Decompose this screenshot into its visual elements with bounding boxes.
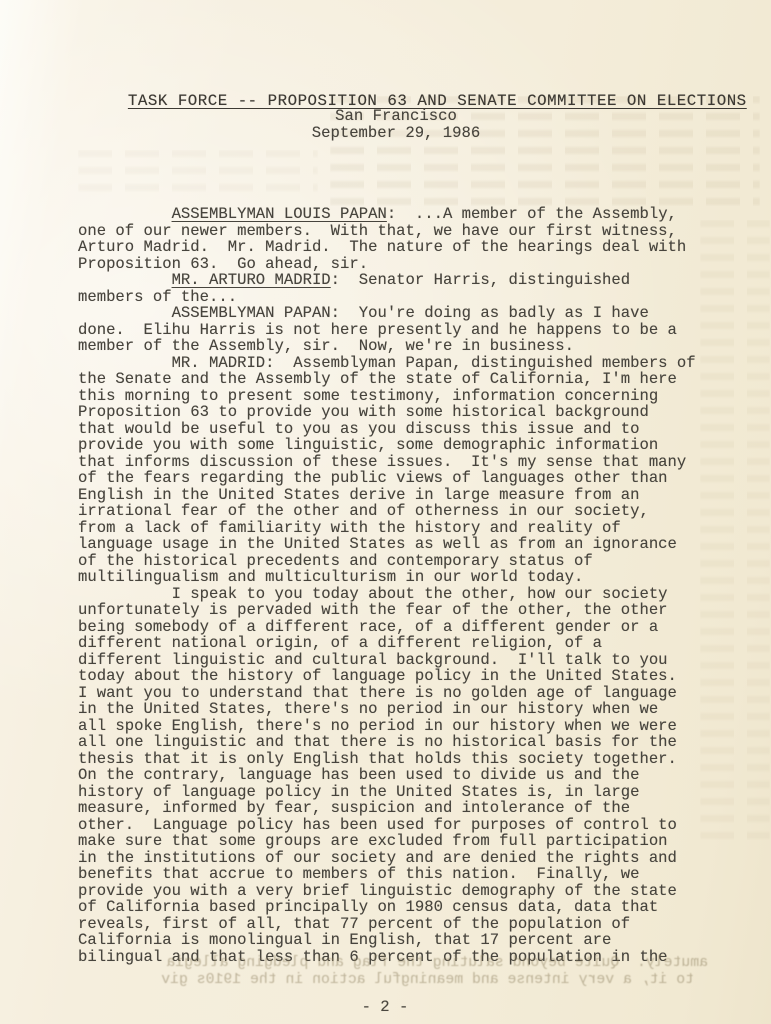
text-line: that informs discussion of these issues.…: [78, 454, 718, 471]
text-line: unfortunately is pervaded with the fear …: [78, 602, 718, 619]
text-line: benefits that accrue to members of this …: [78, 866, 718, 883]
text-line: multilingualism and multiculturism in ou…: [78, 569, 718, 586]
text-line: Arturo Madrid. Mr. Madrid. The nature of…: [78, 239, 718, 256]
speaker-name: ASSEMBLYMAN LOUIS PAPAN: [172, 205, 387, 223]
text-line: I want you to understand that there is n…: [78, 685, 718, 702]
text-line: irrational fear of the other and of othe…: [78, 503, 718, 520]
page-number: - 2 -: [78, 999, 692, 1016]
text-line: different national origin, of a differen…: [78, 635, 718, 652]
speaker-name: ASSEMBLYMAN PAPAN: [172, 304, 331, 322]
document-meta: San Francisco September 29, 1986: [88, 108, 704, 141]
text-line: history of language policy in the United…: [78, 784, 718, 801]
speaker-name: MR. ARTURO MADRID: [172, 271, 331, 289]
text-line: done. Elihu Harris is not here presently…: [78, 322, 718, 339]
text-line: I speak to you today about the other, ho…: [78, 586, 718, 603]
text-line: English in the United States derive in l…: [78, 487, 718, 504]
text-line: thesis that it is only English that hold…: [78, 751, 718, 768]
text-line: in the institutions of our society and a…: [78, 850, 718, 867]
text-line: members of the...: [78, 289, 718, 306]
text-line: Proposition 63. Go ahead, sir.: [78, 256, 718, 273]
text-line: of the historical precedents and contemp…: [78, 553, 718, 570]
document-body: ASSEMBLYMAN LOUIS PAPAN: ...A member of …: [78, 206, 718, 965]
text-line: being somebody of a different race, of a…: [78, 619, 718, 636]
text-line: ASSEMBLYMAN PAPAN: You're doing as badly…: [78, 305, 718, 322]
text-line: different linguistic and cultural backgr…: [78, 652, 718, 669]
text-line: reveals, first of all, that 77 percent o…: [78, 916, 718, 933]
text-line: measure, informed by fear, suspicion and…: [78, 800, 718, 817]
text-line: of California based principally on 1980 …: [78, 899, 718, 916]
text-line: Proposition 63 to provide you with some …: [78, 404, 718, 421]
text-line: from a lack of familiarity with the hist…: [78, 520, 718, 537]
speaker-name: MR. MADRID: [172, 354, 266, 372]
text-line: in the United States, there's no period …: [78, 701, 718, 718]
text-line: ASSEMBLYMAN LOUIS PAPAN: ...A member of …: [78, 206, 718, 223]
text-line: of the fears regarding the public views …: [78, 470, 718, 487]
text-line: California is monolingual in English, th…: [78, 932, 718, 949]
text-line: MR. MADRID: Assemblyman Papan, distingui…: [78, 355, 718, 372]
text-line: member of the Assembly, sir. Now, we're …: [78, 338, 718, 355]
text-line: other. Language policy has been used for…: [78, 817, 718, 834]
document-date: September 29, 1986: [88, 125, 704, 142]
text-line: On the contrary, language has been used …: [78, 767, 718, 784]
text-line: all one linguistic and that there is no …: [78, 734, 718, 751]
text-line: this morning to present some testimony, …: [78, 388, 718, 405]
bleed-through-text: amutely. Quite beyond saluting the flag …: [78, 955, 708, 971]
text-line: provide you with some linguistic, some d…: [78, 437, 718, 454]
text-line: today about the history of language poli…: [78, 668, 718, 685]
text-line: that would be useful to you as you discu…: [78, 421, 718, 438]
text-line: make sure that some groups are excluded …: [78, 833, 718, 850]
text-line: MR. ARTURO MADRID: Senator Harris, disti…: [78, 272, 718, 289]
scanned-document-page: TASK FORCE -- PROPOSITION 63 AND SENATE …: [0, 0, 771, 1024]
text-line: the Senate and the Assembly of the state…: [78, 371, 718, 388]
text-line: provide you with a very brief linguistic…: [78, 883, 718, 900]
document-location: San Francisco: [88, 108, 704, 125]
text-line: language usage in the United States as w…: [78, 536, 718, 553]
text-line: all spoke English, there's no period in …: [78, 718, 718, 735]
bleed-through-smudge: [78, 150, 318, 198]
text-line: one of our newer members. With that, we …: [78, 223, 718, 240]
bleed-through-text: to it, a very intense and meaningful act…: [64, 972, 694, 988]
